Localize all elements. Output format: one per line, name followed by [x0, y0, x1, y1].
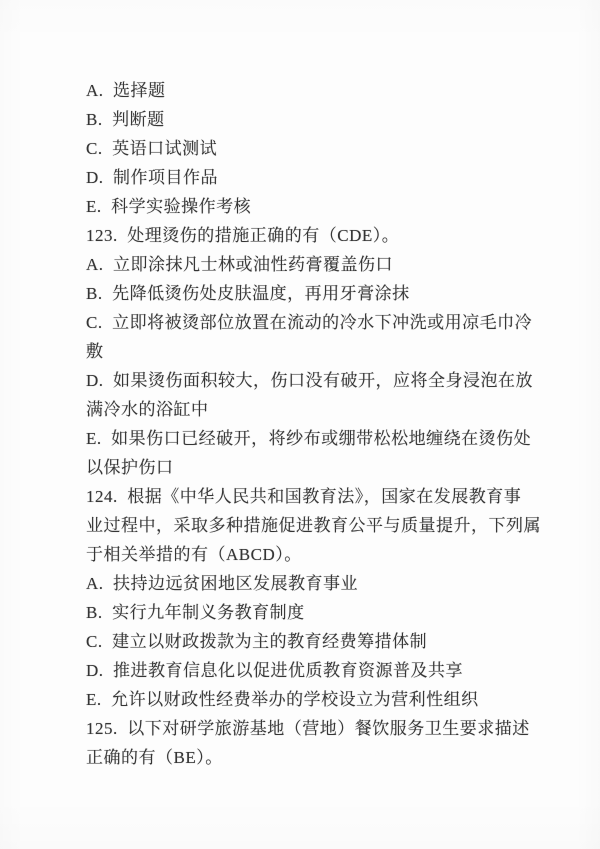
exam-text-block: A. 选择题B. 判断题C. 英语口试测试D. 制作项目作品E. 科学实验操作考… — [86, 76, 556, 772]
document-page: A. 选择题B. 判断题C. 英语口试测试D. 制作项目作品E. 科学实验操作考… — [0, 0, 600, 849]
text-line-option: D. 推进教育信息化以促进优质教育资源普及共享 — [86, 656, 556, 685]
text-line-option: E. 科学实验操作考核 — [86, 192, 556, 221]
text-line-option: B. 实行九年制义务教育制度 — [86, 598, 556, 627]
text-line-option: C. 立即将被烫部位放置在流动的冷水下冲洗或用凉毛巾冷 — [86, 308, 556, 337]
text-line-option: A. 扶持边远贫困地区发展教育事业 — [86, 569, 556, 598]
text-line-continuation: 业过程中，采取多种措施促进教育公平与质量提升，下列属 — [86, 511, 556, 540]
text-line-option: D. 制作项目作品 — [86, 163, 556, 192]
text-line-option: D. 如果烫伤面积较大，伤口没有破开，应将全身浸泡在放 — [86, 366, 556, 395]
text-line-continuation: 满冷水的浴缸中 — [86, 395, 556, 424]
text-line-option: A. 立即涂抹凡士林或油性药膏覆盖伤口 — [86, 250, 556, 279]
text-line-continuation: 于相关举措的有（ABCD）。 — [86, 540, 556, 569]
text-line-option: C. 建立以财政拨款为主的教育经费筹措体制 — [86, 627, 556, 656]
text-line-option: C. 英语口试测试 — [86, 134, 556, 163]
text-line-option: E. 允许以财政性经费举办的学校设立为营利性组织 — [86, 685, 556, 714]
text-line-question: 123. 处理烫伤的措施正确的有（CDE）。 — [86, 221, 556, 250]
text-line-continuation: 敷 — [86, 337, 556, 366]
text-line-option: B. 先降低烫伤处皮肤温度，再用牙膏涂抹 — [86, 279, 556, 308]
text-line-question: 124. 根据《中华人民共和国教育法》，国家在发展教育事 — [86, 482, 556, 511]
text-line-option: B. 判断题 — [86, 105, 556, 134]
text-line-continuation: 以保护伤口 — [86, 453, 556, 482]
text-line-continuation: 正确的有（BE）。 — [86, 743, 556, 772]
text-line-question: 125. 以下对研学旅游基地（营地）餐饮服务卫生要求描述 — [86, 714, 556, 743]
text-line-option: E. 如果伤口已经破开，将纱布或绷带松松地缠绕在烫伤处 — [86, 424, 556, 453]
text-line-option: A. 选择题 — [86, 76, 556, 105]
